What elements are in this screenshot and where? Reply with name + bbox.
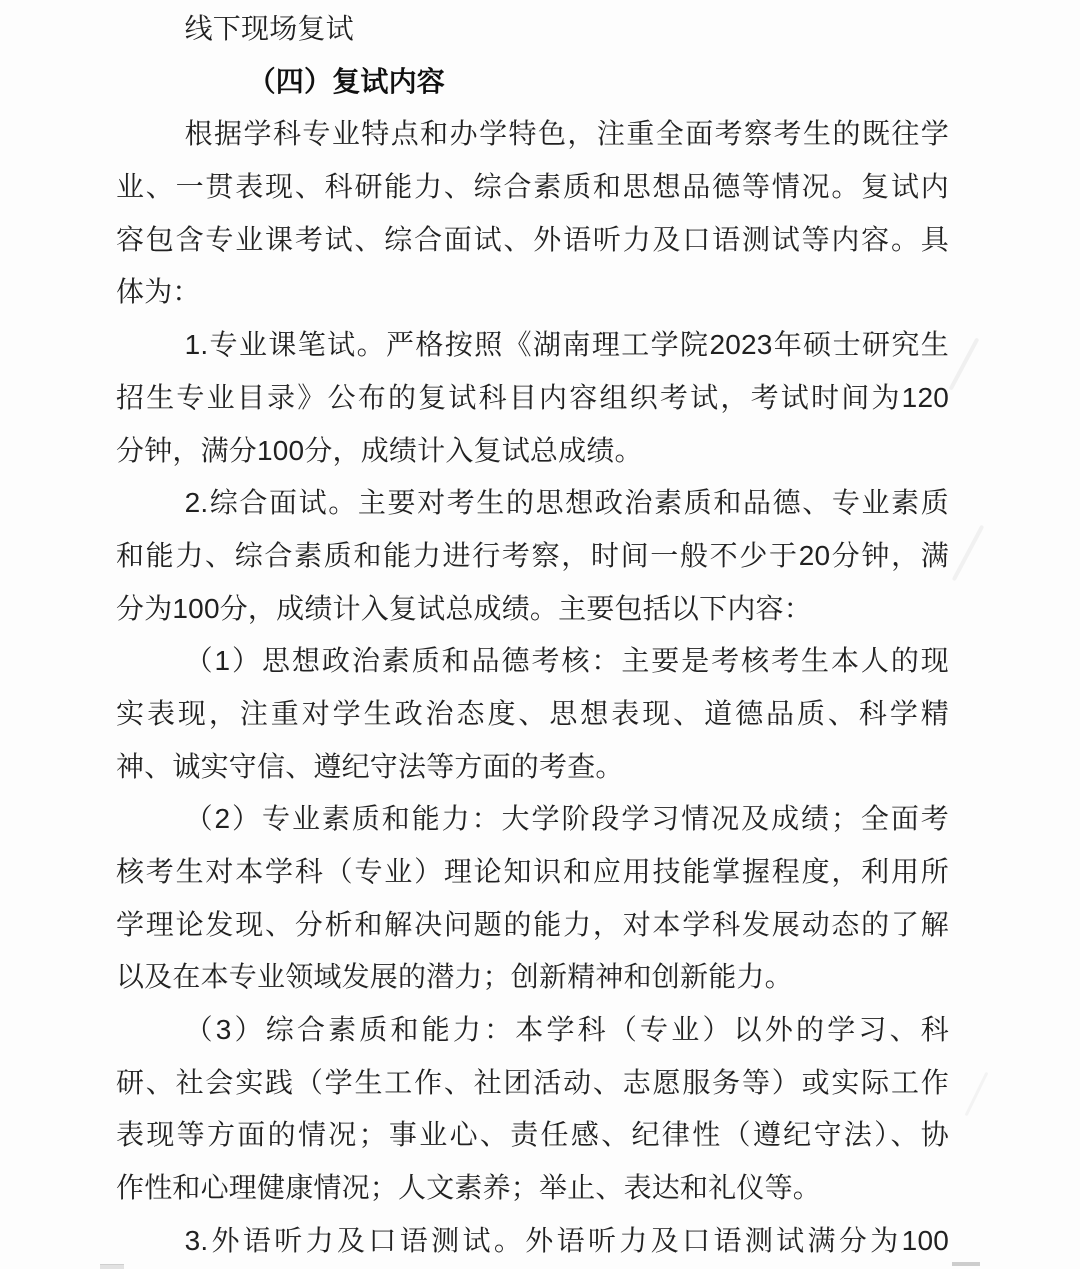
text-line: 体为： bbox=[116, 266, 949, 319]
text-line: 1.专业课笔试。严格按照《湖南理工学院2023年硕士研究生 bbox=[116, 319, 949, 372]
text-line: 核考生对本学科（专业）理论知识和应用技能掌握程度，利用所 bbox=[116, 846, 949, 899]
text-line: 以及在本专业领域发展的潜力；创新精神和创新能力。 bbox=[116, 951, 949, 1004]
text-line: 3.外语听力及口语测试。外语听力及口语测试满分为100 bbox=[116, 1215, 949, 1268]
text-line: 神、诚实守信、遵纪守法等方面的考查。 bbox=[116, 741, 949, 794]
text-line: （2）专业素质和能力：大学阶段学习情况及成绩；全面考 bbox=[116, 793, 949, 846]
section-heading: （四）复试内容 bbox=[116, 56, 949, 109]
document-page: 线下现场复试（四）复试内容根据学科专业特点和办学特色，注重全面考察考生的既往学业… bbox=[0, 0, 1080, 1269]
scan-artifact bbox=[952, 1262, 980, 1266]
text-block: 线下现场复试（四）复试内容根据学科专业特点和办学特色，注重全面考察考生的既往学业… bbox=[116, 3, 949, 1268]
scan-artifact bbox=[965, 1072, 989, 1116]
text-line: 实表现，注重对学生政治态度、思想表现、道德品质、科学精 bbox=[116, 688, 949, 741]
scan-artifact bbox=[949, 337, 980, 390]
text-line: 作性和心理健康情况；人文素养；举止、表达和礼仪等。 bbox=[116, 1162, 949, 1215]
text-line: 招生专业目录》公布的复试科目内容组织考试，考试时间为120 bbox=[116, 372, 949, 425]
text-line: 和能力、综合素质和能力进行考察，时间一般不少于20分钟，满 bbox=[116, 530, 949, 583]
text-line: 根据学科专业特点和办学特色，注重全面考察考生的既往学 bbox=[116, 108, 949, 161]
text-line: 业、一贯表现、科研能力、综合素质和思想品德等情况。复试内 bbox=[116, 161, 949, 214]
text-line: 分为100分，成绩计入复试总成绩。主要包括以下内容： bbox=[116, 583, 949, 636]
text-line: 分钟，满分100分，成绩计入复试总成绩。 bbox=[116, 425, 949, 478]
text-line: 2.综合面试。主要对考生的思想政治素质和品德、专业素质 bbox=[116, 477, 949, 530]
text-line: （1）思想政治素质和品德考核：主要是考核考生本人的现 bbox=[116, 635, 949, 688]
text-line: 表现等方面的情况；事业心、责任感、纪律性（遵纪守法）、协 bbox=[116, 1109, 949, 1162]
text-line: 线下现场复试 bbox=[116, 3, 949, 56]
scan-artifact bbox=[952, 525, 985, 582]
text-line: （3）综合素质和能力：本学科（专业）以外的学习、科 bbox=[116, 1004, 949, 1057]
text-line: 容包含专业课考试、综合面试、外语听力及口语测试等内容。具 bbox=[116, 214, 949, 267]
text-line: 学理论发现、分析和解决问题的能力，对本学科发展动态的了解 bbox=[116, 899, 949, 952]
text-line: 研、社会实践（学生工作、社团活动、志愿服务等）或实际工作 bbox=[116, 1057, 949, 1110]
